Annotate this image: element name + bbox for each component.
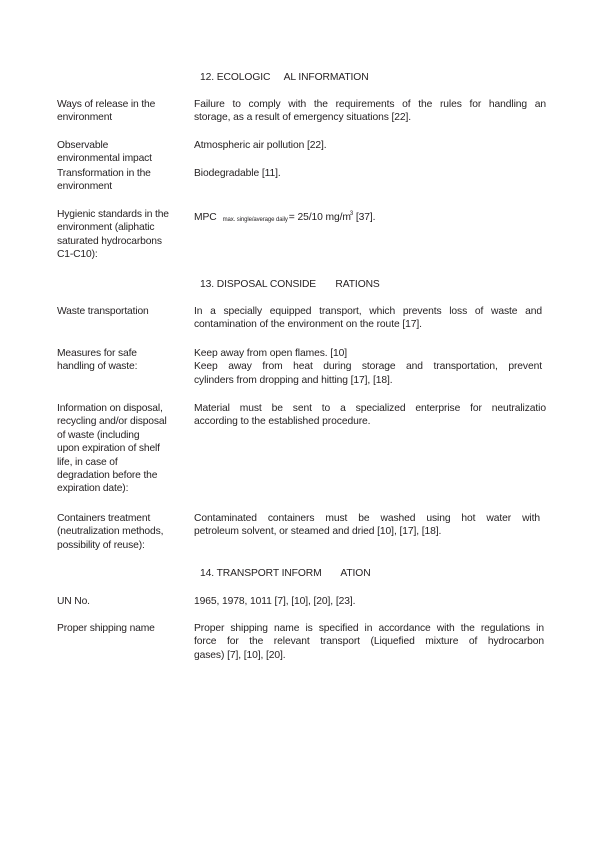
label-line: environmental impact	[57, 152, 192, 165]
label-line: handling of waste:	[57, 360, 192, 373]
formula-value: = 25/10 mg/m	[289, 212, 351, 223]
row-value: Contaminated containers must be washed u…	[194, 512, 544, 539]
row-label: Transformation in the environment	[57, 167, 192, 194]
row-label: Waste transportation	[57, 305, 192, 318]
row-label: UN No.	[57, 595, 192, 608]
label-line: expiration date):	[57, 482, 192, 495]
value-line: 1965, 1978, 1011 [7], [10], [20], [23].	[194, 595, 544, 608]
value-line: In a specially equipped transport, which…	[194, 305, 542, 318]
value-line: according to the established procedure.	[194, 415, 544, 428]
document-page: 12. ECOLOGIC AL INFORMATION Ways of rele…	[0, 0, 595, 842]
label-line: recycling and/or disposal	[57, 415, 192, 428]
row-label: Proper shipping name	[57, 622, 192, 635]
row-label: Observable environmental impact	[57, 139, 192, 166]
label-line: Ways of release in the	[57, 98, 192, 111]
row-value: Failure to comply with the requirements …	[194, 98, 544, 125]
row-label: Measures for safe handling of waste:	[57, 347, 192, 374]
label-line: Proper shipping name	[57, 622, 192, 635]
row-value-formula: MPCmax. single/average daily= 25/10 mg/m…	[194, 208, 544, 227]
row-value: Material must be sent to a specialized e…	[194, 402, 544, 429]
value-line: gases) [7], [10], [20].	[194, 649, 544, 662]
label-line: of waste (including	[57, 429, 192, 442]
value-line: Keep away from open flames. [10]	[194, 347, 544, 360]
value-line: Contaminated containers must be washed u…	[194, 512, 540, 525]
label-line: Observable	[57, 139, 192, 152]
label-line: possibility of reuse):	[57, 539, 192, 552]
label-line: life, in case of	[57, 456, 192, 469]
label-line: saturated hydrocarbons	[57, 235, 192, 248]
row-label: Hygienic standards in the environment (a…	[57, 208, 192, 262]
value-line: Material must be sent to a specialized e…	[194, 402, 546, 415]
value-line: Biodegradable [11].	[194, 167, 544, 180]
row-value: Proper shipping name is specified in acc…	[194, 622, 544, 662]
label-line: Information on disposal,	[57, 402, 192, 415]
label-line: UN No.	[57, 595, 192, 608]
row-label: Information on disposal, recycling and/o…	[57, 402, 192, 496]
label-line: Containers treatment	[57, 512, 192, 525]
formula-subscript: max. single/average daily	[223, 217, 288, 223]
label-line: Transformation in the	[57, 167, 192, 180]
label-line: C1-C10):	[57, 248, 192, 261]
label-line: upon expiration of shelf	[57, 442, 192, 455]
value-line: petroleum solvent, or steamed and dried …	[194, 525, 544, 538]
value-line: force for the relevant transport (Liquef…	[194, 635, 544, 648]
row-value: Atmospheric air pollution [22].	[194, 139, 544, 152]
value-line: Proper shipping name is specified in acc…	[194, 622, 544, 635]
mpc-formula: MPCmax. single/average daily= 25/10 mg/m…	[194, 208, 544, 227]
row-label: Ways of release in the environment	[57, 98, 192, 125]
label-line: Waste transportation	[57, 305, 192, 318]
label-line: (neutralization methods,	[57, 525, 192, 538]
formula-reference: [37].	[353, 212, 375, 223]
section-heading-ecological-information: 12. ECOLOGIC AL INFORMATION	[200, 71, 369, 84]
value-line: Keep away from heat during storage and t…	[194, 360, 542, 373]
section-heading-disposal-considerations: 13. DISPOSAL CONSIDE RATIONS	[200, 278, 380, 291]
label-line: degradation before the	[57, 469, 192, 482]
value-line: Atmospheric air pollution [22].	[194, 139, 544, 152]
row-value: Biodegradable [11].	[194, 167, 544, 180]
value-line: Failure to comply with the requirements …	[194, 98, 546, 111]
label-line: environment (aliphatic	[57, 221, 192, 234]
formula-prefix: MPC	[194, 212, 217, 223]
label-line: Measures for safe	[57, 347, 192, 360]
value-line: storage, as a result of emergency situat…	[194, 111, 544, 124]
label-line: environment	[57, 180, 192, 193]
value-line: contamination of the environment on the …	[194, 318, 544, 331]
row-value: Keep away from open flames. [10] Keep aw…	[194, 347, 544, 387]
value-line: cylinders from dropping and hitting [17]…	[194, 374, 544, 387]
row-value: In a specially equipped transport, which…	[194, 305, 544, 332]
row-value: 1965, 1978, 1011 [7], [10], [20], [23].	[194, 595, 544, 608]
row-label: Containers treatment (neutralization met…	[57, 512, 192, 552]
label-line: Hygienic standards in the	[57, 208, 192, 221]
section-heading-transport-information: 14. TRANSPORT INFORM ATION	[200, 567, 371, 580]
label-line: environment	[57, 111, 192, 124]
